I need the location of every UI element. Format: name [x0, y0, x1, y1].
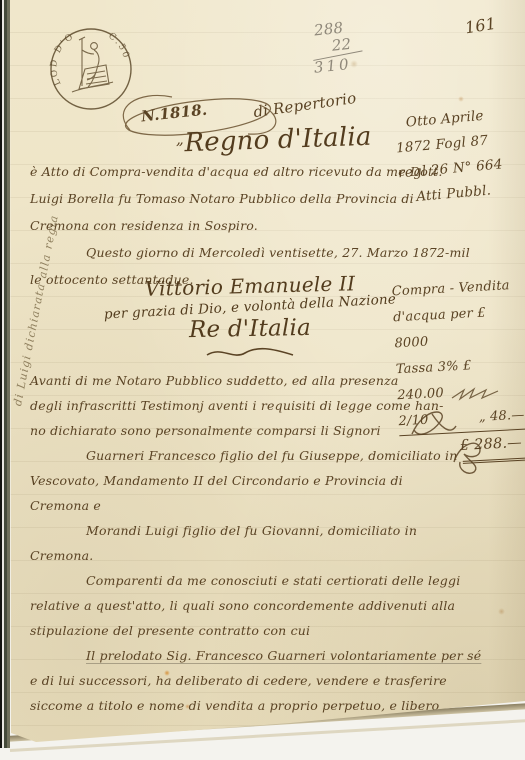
deed-line: stipulazione del presente contratto con … [30, 618, 481, 643]
foxing-spot [498, 608, 505, 615]
fiscal-line: d'acqua per £ 8000 [393, 299, 522, 358]
pencil-sum: 288 22 310 [313, 18, 364, 77]
svg-text:C.50: C.50 [106, 31, 131, 61]
deed-line: Morandi Luigi figlio del fu Giovanni, do… [30, 518, 481, 543]
fiscal-amount: „ 48.— [478, 403, 525, 431]
page-number: 161 [464, 14, 498, 38]
manuscript-page: 161 288 22 310 LOD D'OL C.50 [0, 0, 525, 760]
royal-intitulation: Vittorio Emanuele II per grazia di Dio, … [85, 274, 415, 364]
deed-line-underlined: Il prelodato Sig. Francesco Guarneri vol… [30, 643, 481, 668]
deed-line: no dichiarato sono personalmente compars… [30, 418, 481, 443]
deed-line: Cremona e [30, 493, 481, 518]
deed-line: Questo giorno di Mercoledì ventisette, 2… [30, 239, 470, 266]
deed-line: Guarneri Francesco figlio del fu Giusepp… [30, 443, 481, 468]
deed-line: Avanti di me Notaro Pubblico suddetto, e… [30, 368, 481, 393]
deed-line: Cremona. [30, 543, 481, 568]
king-title: Re d'Italia [85, 313, 415, 345]
deed-line: Comparenti da me conosciuti e stati cert… [30, 568, 481, 593]
photo-left-edge [0, 0, 10, 748]
deed-line: Vescovato, Mandamento II del Circondario… [30, 468, 481, 493]
deed-line: relative a quest'atto, li quali sono con… [30, 593, 481, 618]
deed-line: Cremona con residenza in Sospiro. [30, 212, 470, 239]
deed-line: Luigi Borella fu Tomaso Notaro Pubblico … [30, 185, 470, 212]
deed-line: e di lui successori, ha deliberato di ce… [30, 668, 481, 693]
divider-flourish-icon [205, 346, 295, 360]
deed-paragraph-2: Avanti di me Notaro Pubblico suddetto, e… [30, 368, 481, 718]
deed-line: degli infrascritti Testimonj aventi i re… [30, 393, 481, 418]
deed-line: è Atto di Compra-vendita d'acqua ed altr… [30, 158, 470, 185]
foxing-spot [458, 96, 464, 102]
scanned-notarial-deed: 161 288 22 310 LOD D'OL C.50 [0, 0, 525, 760]
